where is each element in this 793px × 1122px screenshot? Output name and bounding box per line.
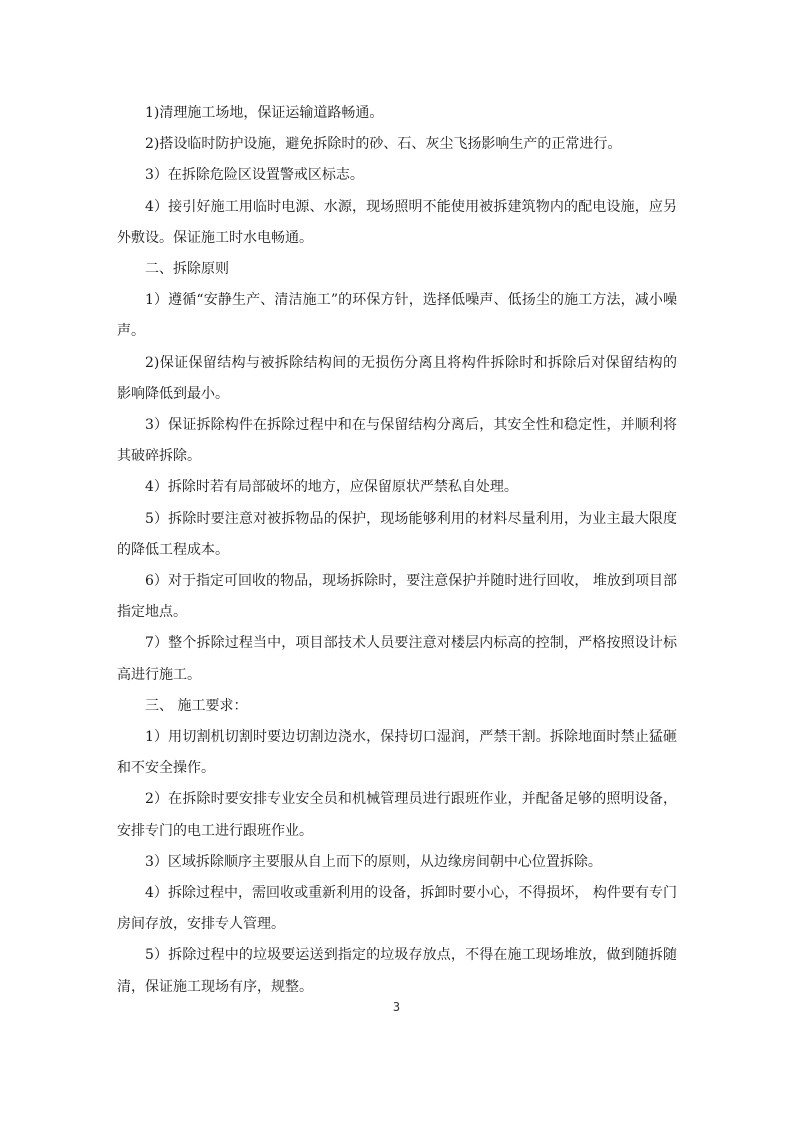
principle-item-4: 4）拆除时若有局部破坏的地方，应保留原状严禁私自处理。 bbox=[117, 472, 677, 503]
requirement-item-1: 1）用切割机切割时要边切割边浇水，保持切口湿润，严禁干割。拆除地面时禁止猛砸和不… bbox=[117, 722, 677, 784]
requirement-item-5: 5）拆除过程中的垃圾要运送到指定的垃圾存放点，不得在施工现场堆放，做到随拆随清，… bbox=[117, 940, 677, 1002]
requirement-item-2: 2）在拆除时要安排专业安全员和机械管理员进行跟班作业，并配备足够的照明设备，安排… bbox=[117, 784, 677, 846]
prep-item-2: 2)搭设临时防护设施，避免拆除时的砂、石、灰尘飞扬影响生产的正常进行。 bbox=[117, 129, 677, 160]
requirement-item-3: 3）区域拆除顺序主要服从自上而下的原则，从边缘房间朝中心位置拆除。 bbox=[117, 847, 677, 878]
prep-item-1: 1)清理施工场地，保证运输道路畅通。 bbox=[117, 98, 677, 129]
principle-item-3: 3）保证拆除构件在拆除过程中和在与保留结构分离后，其安全性和稳定性，并顺利将其破… bbox=[117, 410, 677, 472]
page-number: 3 bbox=[0, 1000, 793, 1014]
principle-item-1: 1）遵循“安静生产、清洁施工”的环保方针，选择低噪声、低扬尘的施工方法，减小噪声… bbox=[117, 285, 677, 347]
principle-item-5: 5）拆除时要注意对被拆物品的保护，现场能够利用的材料尽量利用，为业主最大限度的降… bbox=[117, 504, 677, 566]
requirement-item-4: 4）拆除过程中，需回收或重新利用的设备，拆卸时要小心，不得损坏， 构件要有专门房… bbox=[117, 878, 677, 940]
principle-item-7: 7）整个拆除过程当中，项目部技术人员要注意对楼层内标高的控制，严格按照设计标高进… bbox=[117, 628, 677, 690]
section-heading-requirements: 三、 施工要求： bbox=[117, 691, 677, 722]
section-heading-principles: 二、拆除原则 bbox=[117, 254, 677, 285]
principle-item-2: 2)保证保留结构与被拆除结构间的无损伤分离且将构件拆除时和拆除后对保留结构的影响… bbox=[117, 348, 677, 410]
prep-item-3: 3）在拆除危险区设置警戒区标志。 bbox=[117, 160, 677, 191]
document-body: 1)清理施工场地，保证运输道路畅通。 2)搭设临时防护设施，避免拆除时的砂、石、… bbox=[117, 98, 677, 1003]
prep-item-4: 4）接引好施工用临时电源、水源，现场照明不能使用被拆建筑物内的配电设施，应另外敷… bbox=[117, 192, 677, 254]
principle-item-6: 6）对于指定可回收的物品，现场拆除时，要注意保护并随时进行回收， 堆放到项目部指… bbox=[117, 566, 677, 628]
